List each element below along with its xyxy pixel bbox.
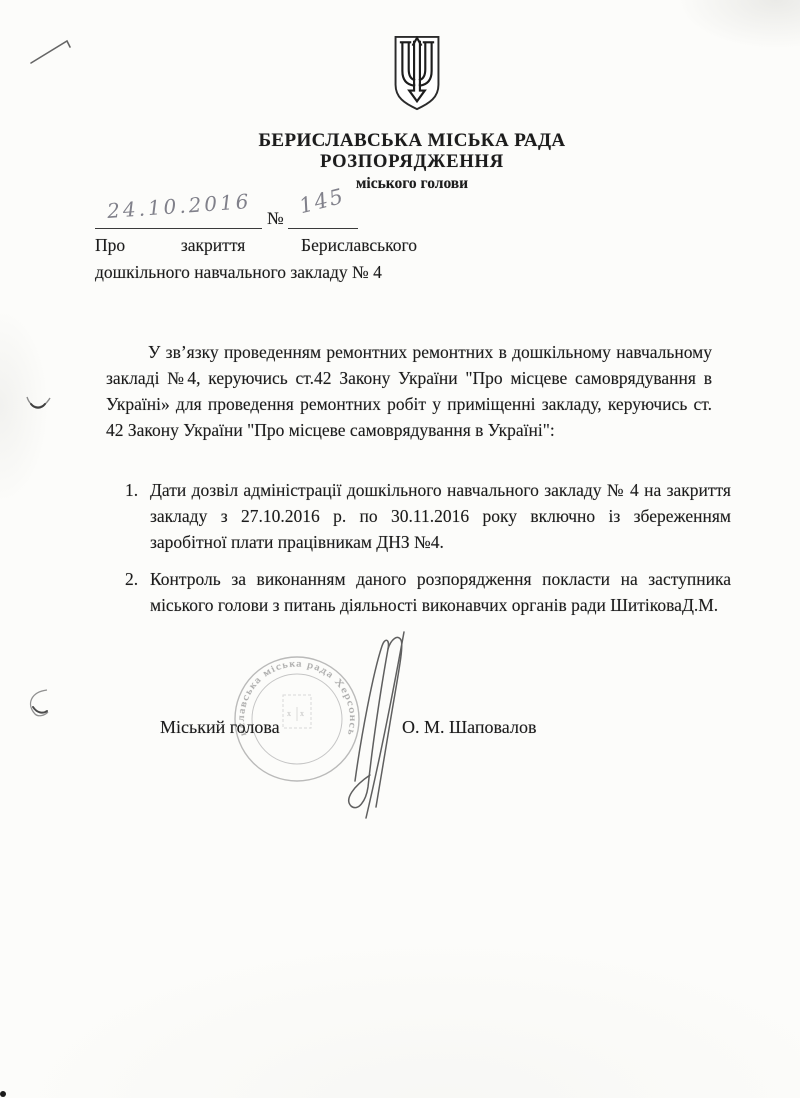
resolution-list: 1. Дати дозвіл адміністрації дошкільного… (125, 477, 731, 618)
organization-name: БЕРИСЛАВСЬКА МІСЬКА РАДА (24, 130, 800, 152)
svg-text:х: х (287, 709, 291, 718)
subject-word-2: закриття (181, 233, 245, 258)
hole-punch-mark-icon (27, 397, 50, 408)
scanned-document-page: БЕРИСЛАВСЬКА МІСЬКА РАДА РОЗПОРЯДЖЕННЯ м… (0, 0, 800, 1098)
subject-word-1: Про (95, 233, 125, 258)
scan-speck (0, 1091, 6, 1097)
subject-word-3: Бериславського (301, 233, 417, 258)
document-issuer-subtitle: міського голови (24, 175, 800, 193)
hole-punch-mark-icon (31, 690, 48, 716)
subject-line-2: дошкільного навчального закладу № 4 (95, 260, 417, 285)
number-underline (288, 228, 358, 229)
subject-block: Про закриття Бериславського дошкільного … (95, 233, 417, 285)
list-item-number: 2. (125, 566, 150, 618)
preamble-paragraph: У зв’язку проведенням ремонтних ремонтни… (106, 339, 712, 443)
requisites-block: 24.10.2016 № 145 (95, 192, 375, 238)
pen-mark-icon (31, 41, 70, 63)
list-item-text: Контроль за виконанням даного розпорядже… (150, 566, 731, 618)
list-item: 2. Контроль за виконанням даного розпоря… (125, 566, 731, 618)
subject-line-1: Про закриття Бериславського (95, 233, 417, 258)
number-sign-label: № (267, 208, 284, 229)
stamp-center-emblem-icon: х х (283, 695, 311, 728)
svg-text:х: х (300, 709, 304, 718)
list-item: 1. Дати дозвіл адміністрації дошкільного… (125, 477, 731, 555)
list-item-text: Дати дозвіл адміністрації дошкільного на… (150, 477, 731, 555)
tryzub-coat-of-arms-icon (387, 34, 447, 112)
signatory-title: Міський голова (160, 717, 280, 738)
list-item-number: 1. (125, 477, 150, 555)
handwritten-date: 24.10.2016 (106, 189, 252, 223)
signatory-name: О. М. Шаповалов (402, 717, 536, 738)
date-underline (95, 228, 262, 229)
document-type-title: РОЗПОРЯДЖЕННЯ (24, 152, 800, 173)
